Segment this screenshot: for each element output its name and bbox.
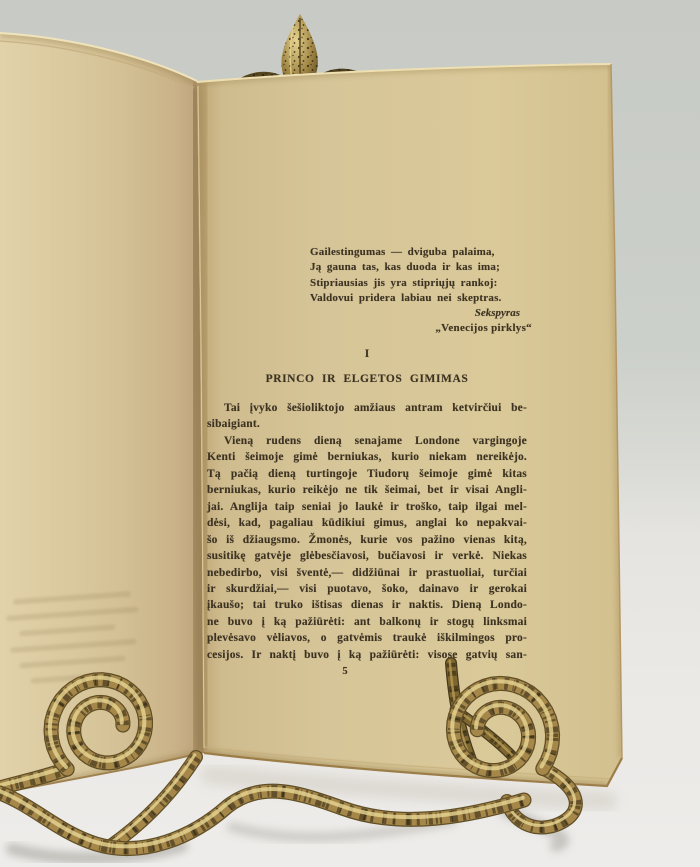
body-line: plevėsavo vėliavos, o gatvėmis traukė iš… <box>207 630 527 646</box>
epigraph-line: Valdovui pridera labiau nei skeptras. <box>310 291 545 306</box>
page-number: 5 <box>285 666 405 677</box>
body-line: šo iš džiaugsmo. Žmonės, kurie vos pažin… <box>207 532 527 548</box>
attribution-work-title: „Venecijos pirklys“ <box>310 321 532 336</box>
epigraph-line: Ją gauna tas, kas duoda ir kas ima; <box>310 260 545 275</box>
epigraph: Gailestingumas — dviguba palaima,Ją gaun… <box>310 245 545 306</box>
body-line: cesijos. Ir naktį buvo į ką pažiūrėti: v… <box>207 647 527 663</box>
body-line: nebedirbo, visi šventė,— didžiūnai ir pr… <box>207 565 527 581</box>
body-line: jai. Anglija taip seniai jo laukė ir tro… <box>207 499 527 515</box>
chapter-numeral: I <box>207 348 527 360</box>
epigraph-line: Stipriausias jis yra stipriųjų rankoj: <box>310 276 545 291</box>
body-line: berniukas, kurio reikėjo ne tik šeimai, … <box>207 482 527 498</box>
left-page <box>0 33 204 793</box>
photo-open-book-on-brass-stand: Gailestingumas — dviguba palaima,Ją gaun… <box>0 0 700 867</box>
chapter-title: PRINCO IR ELGETOS GIMIMAS <box>207 373 527 385</box>
body-line: sibaigiant. <box>207 416 527 432</box>
epigraph-attribution: Sekspyras „Venecijos pirklys“ <box>310 306 532 336</box>
body-line: ne buvo į ką pažiūrėti: ant balkonų ir s… <box>207 614 527 630</box>
body-line: ir skurdžiai,— visi puotavo, šoko, daina… <box>207 581 527 597</box>
body-line: Kenti šeimoje gimė berniukas, kurio niek… <box>207 449 527 465</box>
body-line: Vieną rudens dieną senajame Londone varg… <box>207 433 544 449</box>
attribution-author: Sekspyras <box>310 306 532 321</box>
body-line: Tai įvyko šešioliktojo amžiaus antram ke… <box>207 400 544 416</box>
body-line: Tą pačią dieną turtingoje Tiudorų šeimoj… <box>207 466 527 482</box>
body-text: Tai įvyko šešioliktojo amžiaus antram ke… <box>207 400 527 663</box>
body-line: susitikę gatvėje glėbesčiavosi, bučiavos… <box>207 548 527 564</box>
epigraph-line: Gailestingumas — dviguba palaima, <box>310 245 545 260</box>
body-line: įkaušo; tai truko ištisas dienas ir nakt… <box>207 597 527 613</box>
body-line: dėsi, kad, pagaliau kūdikiui gimus, angl… <box>207 515 527 531</box>
